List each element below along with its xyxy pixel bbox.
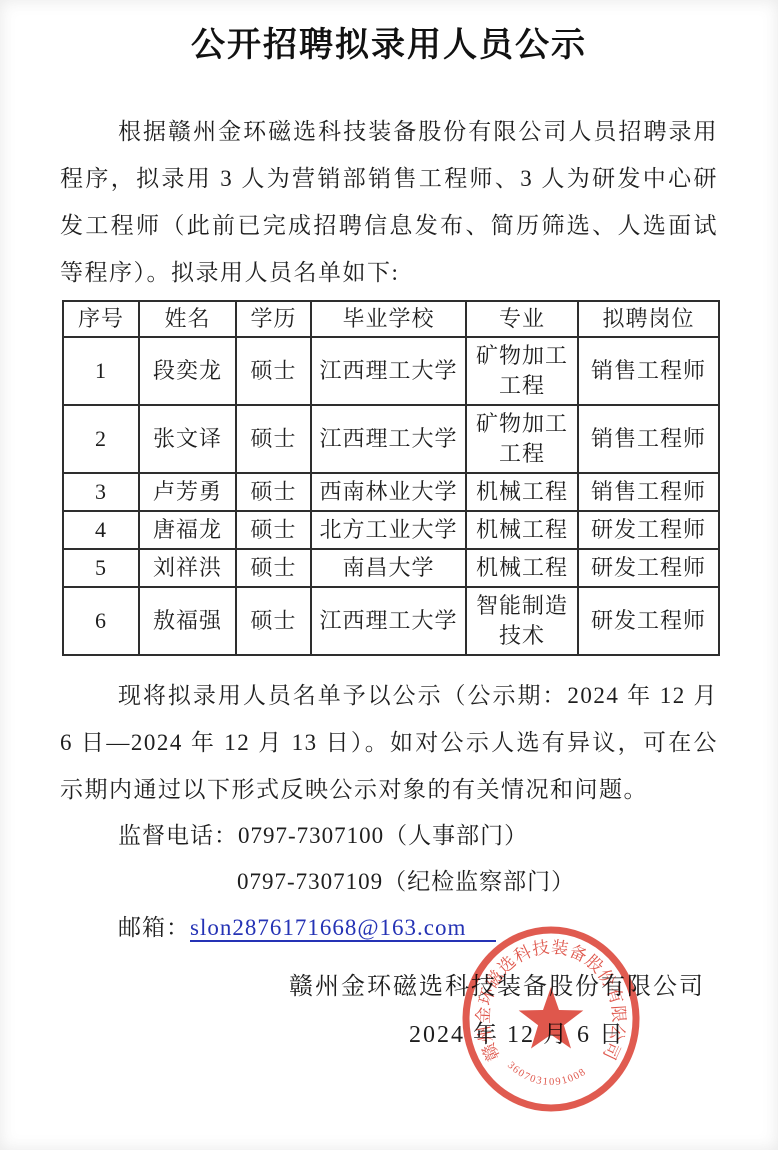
cell-index: 6 <box>63 587 139 655</box>
table-row: 1 段奕龙 硕士 江西理工大学 矿物加工工程 销售工程师 <box>63 337 719 405</box>
col-header-index: 序号 <box>63 301 139 337</box>
cell-major: 智能制造技术 <box>466 587 578 655</box>
cell-position: 销售工程师 <box>578 337 719 405</box>
seal-serial-number: 3607031091008 <box>505 1060 589 1088</box>
cell-index: 1 <box>63 337 139 405</box>
intro-paragraph: 根据赣州金环磁选科技装备股份有限公司人员招聘录用程序，拟录用 3 人为营销部销售… <box>60 108 718 296</box>
cell-index: 2 <box>63 405 139 473</box>
cell-position: 研发工程师 <box>578 549 719 587</box>
cell-position: 销售工程师 <box>578 405 719 473</box>
cell-index: 4 <box>63 511 139 549</box>
announcement-paragraph: 现将拟录用人员名单予以公示（公示期：2024 年 12 月 6 日—2024 年… <box>60 672 718 813</box>
phone-number-discipline: 0797-7307109（纪检监察部门） <box>237 869 575 894</box>
svg-text:3607031091008: 3607031091008 <box>505 1060 589 1088</box>
candidates-table: 序号 姓名 学历 毕业学校 专业 拟聘岗位 1 段奕龙 硕士 江西理工大学 矿物… <box>62 300 720 656</box>
cell-major: 矿物加工工程 <box>466 337 578 405</box>
phone-label: 监督电话： <box>118 823 238 848</box>
col-header-degree: 学历 <box>236 301 311 337</box>
phone-line-2: 0797-7307109（纪检监察部门） <box>60 859 718 905</box>
cell-position: 研发工程师 <box>578 587 719 655</box>
page-title: 公开招聘拟录用人员公示 <box>0 0 778 68</box>
cell-degree: 硕士 <box>236 511 311 549</box>
cell-school: 北方工业大学 <box>311 511 466 549</box>
col-header-name: 姓名 <box>139 301 236 337</box>
cell-name: 刘祥洪 <box>139 549 236 587</box>
cell-name: 卢芳勇 <box>139 473 236 511</box>
cell-name: 张文译 <box>139 405 236 473</box>
phone-line-1: 监督电话：0797-7307100（人事部门） <box>60 813 718 859</box>
cell-index: 5 <box>63 549 139 587</box>
email-label: 邮箱： <box>118 915 190 940</box>
table-row: 6 敖福强 硕士 江西理工大学 智能制造技术 研发工程师 <box>63 587 719 655</box>
table-row: 3 卢芳勇 硕士 西南林业大学 机械工程 销售工程师 <box>63 473 719 511</box>
cell-major: 机械工程 <box>466 549 578 587</box>
email-link[interactable]: slon2876171668@163.com <box>190 915 496 942</box>
cell-position: 销售工程师 <box>578 473 719 511</box>
col-header-school: 毕业学校 <box>311 301 466 337</box>
table-row: 5 刘祥洪 硕士 南昌大学 机械工程 研发工程师 <box>63 549 719 587</box>
cell-school: 南昌大学 <box>311 549 466 587</box>
cell-name: 敖福强 <box>139 587 236 655</box>
cell-school: 江西理工大学 <box>311 587 466 655</box>
cell-name: 唐福龙 <box>139 511 236 549</box>
cell-name: 段奕龙 <box>139 337 236 405</box>
table-header-row: 序号 姓名 学历 毕业学校 专业 拟聘岗位 <box>63 301 719 337</box>
signature-date: 2024 年 12 月 6 日 <box>60 1011 718 1059</box>
cell-index: 3 <box>63 473 139 511</box>
email-line: 邮箱：slon2876171668@163.com <box>60 905 718 951</box>
cell-major: 机械工程 <box>466 473 578 511</box>
cell-school: 江西理工大学 <box>311 337 466 405</box>
phone-number-hr: 0797-7307100（人事部门） <box>238 823 528 848</box>
cell-major: 矿物加工工程 <box>466 405 578 473</box>
cell-degree: 硕士 <box>236 337 311 405</box>
signature-company: 赣州金环磁选科技装备股份有限公司 <box>60 963 718 1011</box>
cell-school: 西南林业大学 <box>311 473 466 511</box>
cell-major: 机械工程 <box>466 511 578 549</box>
cell-degree: 硕士 <box>236 549 311 587</box>
cell-position: 研发工程师 <box>578 511 719 549</box>
document-page: 公开招聘拟录用人员公示 根据赣州金环磁选科技装备股份有限公司人员招聘录用程序，拟… <box>0 0 778 1150</box>
cell-school: 江西理工大学 <box>311 405 466 473</box>
col-header-major: 专业 <box>466 301 578 337</box>
cell-degree: 硕士 <box>236 405 311 473</box>
col-header-position: 拟聘岗位 <box>578 301 719 337</box>
cell-degree: 硕士 <box>236 473 311 511</box>
table-row: 4 唐福龙 硕士 北方工业大学 机械工程 研发工程师 <box>63 511 719 549</box>
cell-degree: 硕士 <box>236 587 311 655</box>
table-row: 2 张文译 硕士 江西理工大学 矿物加工工程 销售工程师 <box>63 405 719 473</box>
